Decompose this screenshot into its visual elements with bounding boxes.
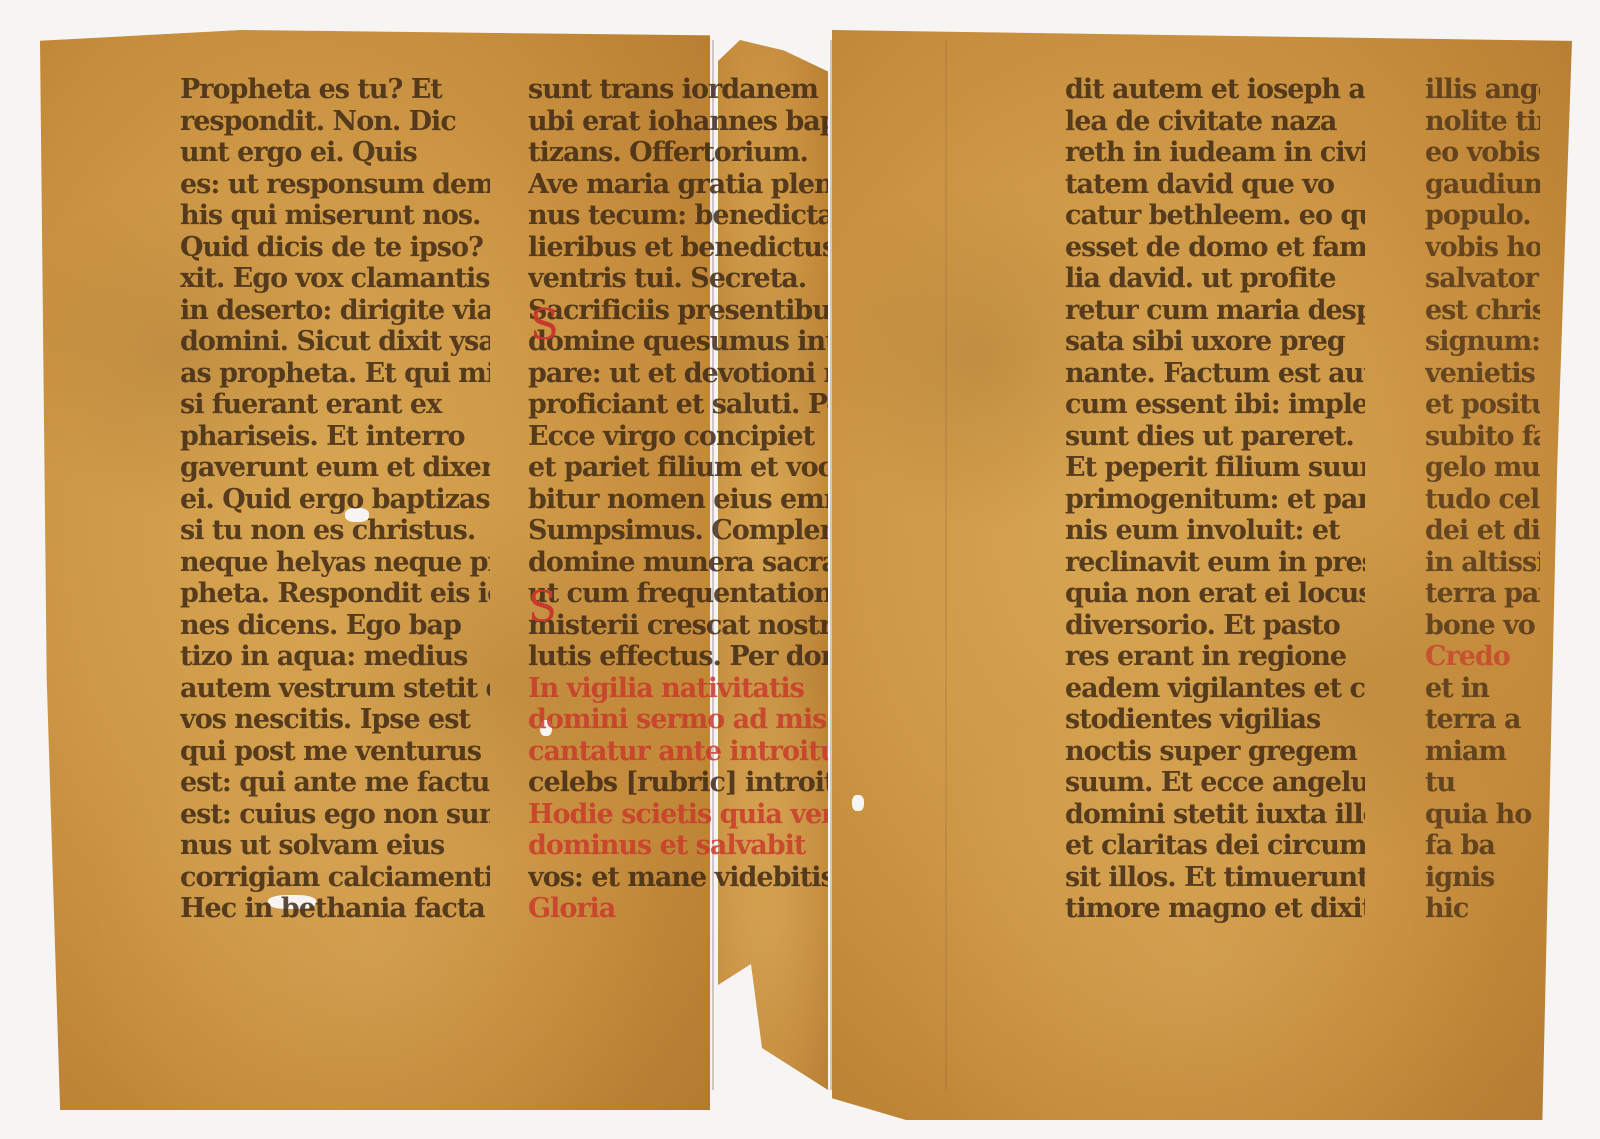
text-line: in deserto: dirigite viam xyxy=(180,295,490,327)
text-line: misterii crescat nostre sa xyxy=(528,610,828,642)
text-line: vobis hodie xyxy=(1425,232,1540,264)
text-line: si fuerant erant ex xyxy=(180,389,490,421)
text-line: pare: ut et devotioni nostre xyxy=(528,358,828,390)
text-line: terra a xyxy=(1425,704,1540,736)
text-line: lutis effectus. Per dominum. xyxy=(528,641,828,673)
text-line: signum: in xyxy=(1425,326,1540,358)
text-column-2: sunt trans iordanem ubi erat iohannes ba… xyxy=(528,74,828,1004)
text-line: et positum xyxy=(1425,389,1540,421)
text-line: ei. Quid ergo baptizas xyxy=(180,484,490,516)
damage-hole xyxy=(852,795,864,811)
text-line: nolite tim xyxy=(1425,106,1540,138)
text-line: eadem vigilantes et cu xyxy=(1065,673,1365,705)
rubric-line: domini sermo ad missam xyxy=(528,704,828,736)
text-line: in altissimis xyxy=(1425,547,1540,579)
text-line: terra pax xyxy=(1425,578,1540,610)
text-line: ventris tui. Secreta. xyxy=(528,263,828,295)
text-line: retur cum maria despon xyxy=(1065,295,1365,327)
rubric-line: Credo xyxy=(1425,641,1540,673)
text-line: pheta. Respondit eis iohan xyxy=(180,578,490,610)
text-line: domine quesumus intentus ap xyxy=(528,326,828,358)
text-line: proficiant et saluti. Per dominum. Commu… xyxy=(528,389,828,421)
text-line: tizo in aqua: medius xyxy=(180,641,490,673)
text-line: timore magno et dixit xyxy=(1065,893,1365,925)
text-line: sata sibi uxore preg xyxy=(1065,326,1365,358)
text-line: quia ho xyxy=(1425,799,1540,831)
binding-fold xyxy=(830,40,832,1090)
text-line: respondit. Non. Dic xyxy=(180,106,490,138)
text-line: lieribus et benedictus fructus xyxy=(528,232,828,264)
text-line: quia non erat ei locus in xyxy=(1065,578,1365,610)
text-line: xit. Ego vox clamantis xyxy=(180,263,490,295)
text-line: dit autem et ioseph a gali xyxy=(1065,74,1365,106)
text-column-3: dit autem et ioseph a gali lea de civita… xyxy=(1065,74,1365,1014)
text-line: noctis super gregem xyxy=(1065,736,1365,768)
text-line: tatem david que vo xyxy=(1065,169,1365,201)
text-line: venietis pan xyxy=(1425,358,1540,390)
text-column-4: illis ange nolite tim eo vobis gaudium p… xyxy=(1425,74,1540,1014)
text-line: nis eum involuit: et xyxy=(1065,515,1365,547)
rubric-line: In vigilia nativitatis xyxy=(528,673,828,705)
rubric-line: cantatur ante introitum xyxy=(528,736,828,768)
rubric-initial: S xyxy=(528,582,557,631)
text-line: stodientes vigilias xyxy=(1065,704,1365,736)
text-line: tudo celestis xyxy=(1425,484,1540,516)
text-line: reclinavit eum in presepio: xyxy=(1065,547,1365,579)
text-line: est: qui ante me factus xyxy=(180,767,490,799)
text-line: est christus xyxy=(1425,295,1540,327)
text-line: ut cum frequentatione xyxy=(528,578,828,610)
text-line: dei et dicen xyxy=(1425,515,1540,547)
text-line: suum. Et ecce angelus xyxy=(1065,767,1365,799)
text-line: nante. Factum est autem xyxy=(1065,358,1365,390)
text-line: populo. quia xyxy=(1425,200,1540,232)
text-line: Quid dicis de te ipso? Di xyxy=(180,232,490,264)
text-line: Propheta es tu? Et xyxy=(180,74,490,106)
text-line: nus ut solvam eius xyxy=(180,830,490,862)
text-line: bitur nomen eius emmanuel. xyxy=(528,484,828,516)
text-line: fa ba xyxy=(1425,830,1540,862)
rubric-line: Hodie scietis quia veniet xyxy=(528,799,828,831)
text-line: domine munera sacra: que xyxy=(528,547,828,579)
text-line: diversorio. Et pasto xyxy=(1065,610,1365,642)
text-line: unt ergo ei. Quis xyxy=(180,137,490,169)
text-line: subito facta xyxy=(1425,421,1540,453)
text-line: corrigiam calciamenti. xyxy=(180,862,490,894)
text-line: illis ange xyxy=(1425,74,1540,106)
text-line: vos nescitis. Ipse est xyxy=(180,704,490,736)
ruling-line xyxy=(945,40,947,1090)
text-line: hic xyxy=(1425,893,1540,925)
text-line: domini stetit iuxta illos: xyxy=(1065,799,1365,831)
text-line: primogenitum: et pan xyxy=(1065,484,1365,516)
rubric-initial: S xyxy=(530,300,559,349)
text-line: et in xyxy=(1425,673,1540,705)
text-line: sit illos. Et timuerunt xyxy=(1065,862,1365,894)
text-line: vos: et mane videbitis xyxy=(528,862,828,894)
text-line: sunt trans iordanem xyxy=(528,74,828,106)
text-line: et pariet filium et voca xyxy=(528,452,828,484)
text-line: lia david. ut profite xyxy=(1065,263,1365,295)
text-line: nes dicens. Ego bap xyxy=(180,610,490,642)
text-line: as propheta. Et qui mis xyxy=(180,358,490,390)
text-line: sunt dies ut pareret. xyxy=(1065,421,1365,453)
text-line: Sacrificiis presentibus xyxy=(528,295,828,327)
text-line: gaudium xyxy=(1425,169,1540,201)
text-line: Et peperit filium suum xyxy=(1065,452,1365,484)
text-line: phariseis. Et interro xyxy=(180,421,490,453)
text-line: Hec in bethania facta xyxy=(180,893,490,925)
rubric-line: dominus et salvabit xyxy=(528,830,828,862)
text-line: qui post me venturus xyxy=(180,736,490,768)
text-column-1: Propheta es tu? Et respondit. Non. Dic u… xyxy=(180,74,490,1004)
text-line: his qui miserunt nos. xyxy=(180,200,490,232)
text-line: eo vobis xyxy=(1425,137,1540,169)
text-line: domini. Sicut dixit ysai xyxy=(180,326,490,358)
text-line: gelo multi xyxy=(1425,452,1540,484)
text-line: autem vestrum stetit quem xyxy=(180,673,490,705)
text-line: Ecce virgo concipiet xyxy=(528,421,828,453)
text-line: reth in iudeam in civi xyxy=(1065,137,1365,169)
text-line: Sumpsimus. Complenda. xyxy=(528,515,828,547)
text-line: esset de domo et fami xyxy=(1065,232,1365,264)
text-line: salvator qui xyxy=(1425,263,1540,295)
text-line: res erant in regione xyxy=(1065,641,1365,673)
text-line: lea de civitate naza xyxy=(1065,106,1365,138)
text-line: tu xyxy=(1425,767,1540,799)
text-line: catur bethleem. eo quod xyxy=(1065,200,1365,232)
text-line: bone vo xyxy=(1425,610,1540,642)
text-line: neque helyas neque pro xyxy=(180,547,490,579)
text-line: ignis xyxy=(1425,862,1540,894)
text-line: si tu non es christus. xyxy=(180,515,490,547)
text-line: est: cuius ego non sum dig xyxy=(180,799,490,831)
text-line: es: ut responsum dem xyxy=(180,169,490,201)
text-line: Ave maria gratia plena domi xyxy=(528,169,828,201)
text-line: miam xyxy=(1425,736,1540,768)
text-line: nus tecum: benedicta tu in mu xyxy=(528,200,828,232)
text-line: cum essent ibi: impleti xyxy=(1065,389,1365,421)
text-line: ubi erat iohannes bap xyxy=(528,106,828,138)
text-line: et claritas dei circumful xyxy=(1065,830,1365,862)
text-line: gaverunt eum et dixerunt xyxy=(180,452,490,484)
rubric-line: Gloria xyxy=(528,893,828,925)
text-line: tizans. Offertorium. xyxy=(528,137,828,169)
text-line: celebs [rubric] introitus xyxy=(528,767,828,799)
